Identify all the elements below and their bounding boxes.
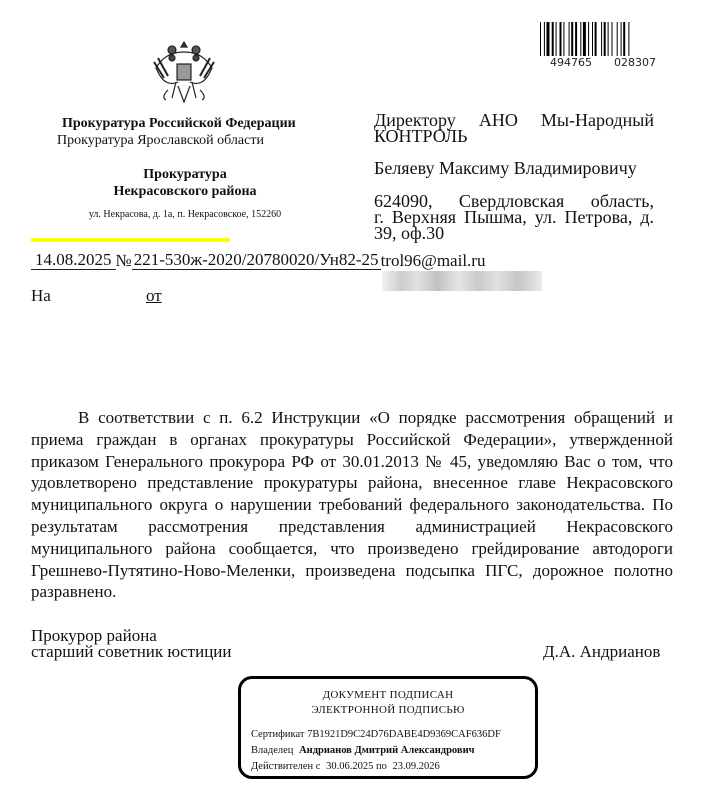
owner-label: Владелец [251,745,293,756]
owner-value: Андрианов Дмитрий Александрович [299,745,475,756]
recipient-org: КОНТРОЛЬ [374,128,654,144]
org-district-line2: Некрасовского района [0,184,370,200]
stamp-owner: Владелец Андрианов Дмитрий Александрович [251,745,475,756]
cert-value: 7B1921D9C24D76DABE4D9369CAF636DF [307,729,501,740]
signer-rank: старший советник юстиции [31,644,231,660]
org-address: ул. Некрасова, д. 1а, п. Некрасовское, 1… [0,209,370,220]
stamp-certificate: Сертификат 7B1921D9C24D76DABE4D9369CAF63… [251,729,501,740]
highlight-bar [31,238,230,242]
russian-coat-of-arms-icon [148,38,220,108]
valid-label: Действителен с [251,761,320,772]
recipient-address-line3: 39, оф.30 [374,225,654,241]
stamp-validity: Действителен с 30.06.2025 по 23.09.2026 [251,761,440,772]
signer-name: Д.А. Андрианов [543,644,660,660]
document-date: 14.08.2025 [31,251,116,270]
reference-line: 14.08.2025 № 221-530ж-2020/20780020/Ун82… [31,251,485,270]
recipient-name: Беляеву Максиму Владимировичу [374,160,654,176]
stamp-title-line2: ЭЛЕКТРОННОЙ ПОДПИСЬЮ [241,704,535,716]
number-sign: № [116,252,132,270]
org-district-line1: Прокуратура [0,167,370,183]
org-regional: Прокуратура Ярославской области [57,133,264,149]
valid-from: 30.06.2025 [326,761,373,772]
letter-body: В соответствии с п. 6.2 Инструкции «О по… [31,407,673,603]
document-number: 221-530ж-2020/20780020/Ун82-25 [132,251,381,270]
barcode-right-digits: 028307 [614,56,656,69]
barcode [540,22,658,56]
recipient-email[interactable]: trol96@mail.ru [381,252,486,270]
valid-to-label: по [376,761,387,772]
electronic-signature-stamp: ДОКУМЕНТ ПОДПИСАН ЭЛЕКТРОННОЙ ПОДПИСЬЮ С… [238,676,538,779]
valid-to: 23.09.2026 [392,761,439,772]
cert-label: Сертификат [251,729,304,740]
reply-to-label: На [31,286,51,306]
stamp-title-line1: ДОКУМЕНТ ПОДПИСАН [241,689,535,701]
org-federal: Прокуратура Российской Федерации [62,116,296,132]
redacted-area [382,271,542,291]
barcode-left-digits: 494765 [550,56,592,69]
barcode-digits: 494765 028307 [550,56,670,69]
reply-from-label: от [146,286,162,306]
